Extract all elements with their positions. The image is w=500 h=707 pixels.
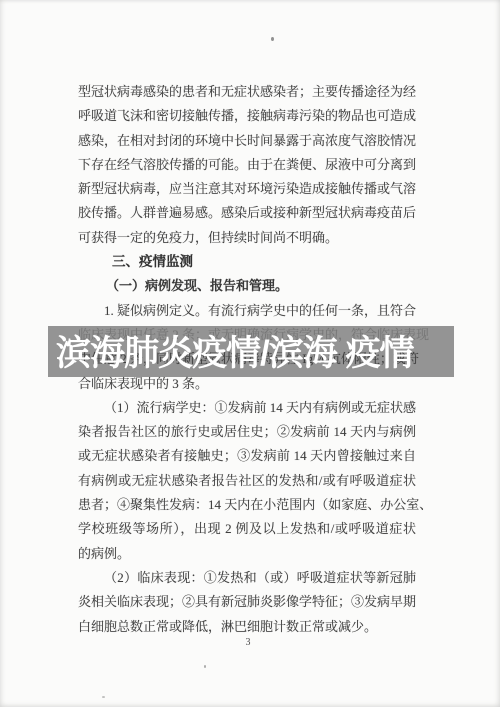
text-line: 的病例。 [78, 542, 416, 566]
text-line: 患者；④聚集性发病：14 天内在小范围内（如家庭、办公室、 [78, 493, 416, 517]
scan-speck [271, 37, 274, 41]
scanned-document-page: 型冠状病毒感染的患者和无症状感染者；主要传播途径为经呼吸道飞沫和密切接触传播，接… [0, 0, 500, 707]
scan-speck [204, 665, 206, 668]
text-line: 炎相关临床表现；②具有新冠肺炎影像学特征；③发病早期 [78, 590, 416, 614]
text-line: （2）临床表现：①发热和（或）呼吸道症状等新冠肺 [78, 566, 416, 590]
text-line: 可获得一定的免疫力，但持续时间尚不明确。 [78, 226, 416, 250]
watermark-text: 滨海肺炎疫情/滨海 疫情 [56, 332, 413, 376]
text-line: 有病例或无症状感染者报告社区的发热和/或有呼吸道症状 [78, 469, 416, 493]
text-line: （一）病例发现、报告和管理。 [78, 274, 416, 298]
text-line: 或无症状感染者有接触史；③发病前 14 天内曾接触过来自 [78, 444, 416, 468]
text-line: （1）流行病学史：①发病前 14 天内有病例或无症状感 [78, 396, 416, 420]
text-line: 染者报告社区的旅行史或居住史；②发病前 14 天内与病例 [78, 420, 416, 444]
text-line: 白细胞总数正常或降低，淋巴细胞计数正常或减少。 [78, 615, 416, 639]
text-line: 学校班级等场所），出现 2 例及以上发热和/或呼吸道症状 [78, 517, 416, 541]
text-line: 呼吸道飞沫和密切接触传播，接触病毒污染的物品也可造成 [78, 104, 416, 128]
text-line: 型冠状病毒感染的患者和无症状感染者；主要传播途径为经 [78, 80, 416, 104]
text-line: 三、疫情监测 [78, 250, 416, 274]
scan-speck [102, 696, 105, 698]
text-line: 新型冠状病毒，应当注意其对环境污染造成接触传播或气溶 [78, 177, 416, 201]
text-line: 下存在经气溶胶传播的可能。由于在粪便、尿液中可分离到 [78, 153, 416, 177]
text-line: 感染，在相对封闭的环境中长时间暴露于高浓度气溶胶情况 [78, 129, 416, 153]
text-line: 1. 疑似病例定义。有流行病学史中的任何一条，且符合 [78, 299, 416, 323]
text-line: 胶传播。人群普遍易感。感染后或接种新型冠状病毒疫苗后 [78, 201, 416, 225]
